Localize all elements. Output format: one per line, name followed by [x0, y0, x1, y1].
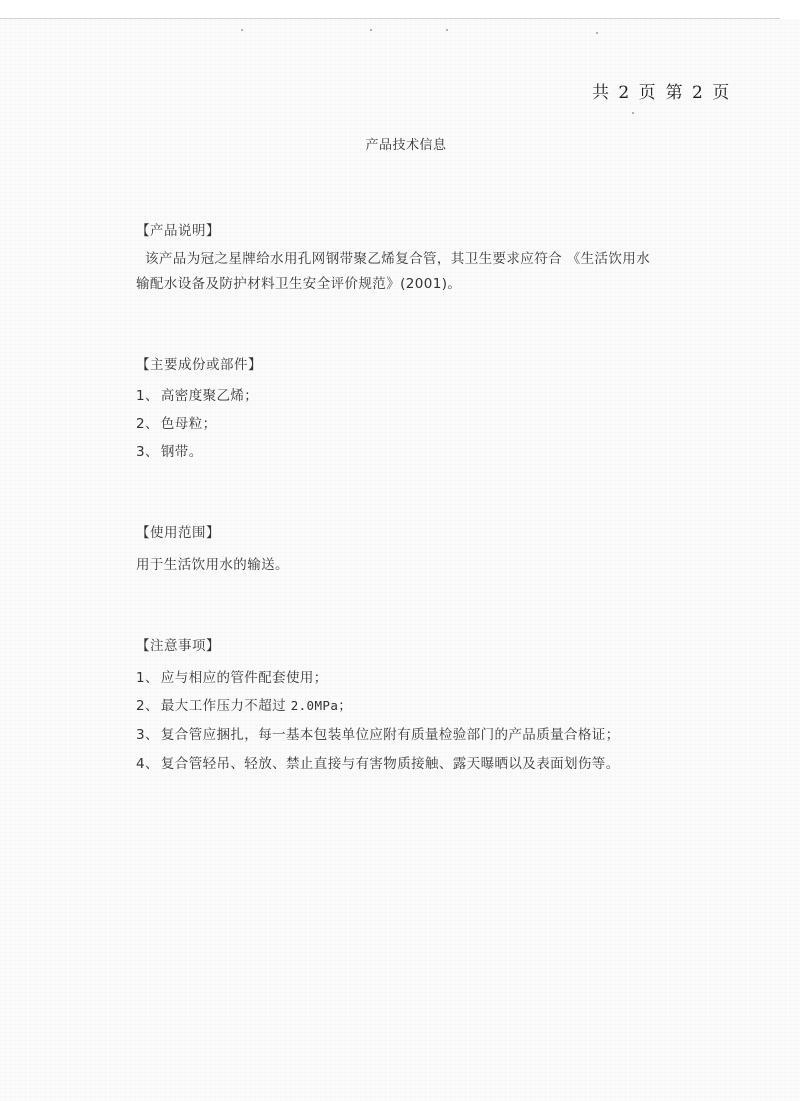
- item-text: 钢带。: [161, 444, 203, 460]
- scan-speck: [596, 32, 598, 34]
- page-current: 第 2 页: [666, 83, 732, 103]
- item-text: 高密度聚乙烯；: [161, 388, 258, 404]
- usage-text: 用于生活饮用水的输送。: [136, 553, 289, 573]
- note-item: 4、复合管轻吊、轻放、禁止直接与有害物质接触、露天曝晒以及表面划伤等。: [136, 752, 620, 772]
- component-item: 3、钢带。: [136, 440, 203, 460]
- item-text-suffix: ；: [338, 698, 352, 714]
- item-number: 1、: [136, 388, 159, 404]
- note-item: 2、最大工作压力不超过 2.0MPa；: [136, 694, 352, 714]
- item-number: 2、: [136, 416, 159, 432]
- item-number: 1、: [136, 670, 159, 686]
- component-item: 2、色母粒；: [136, 412, 217, 432]
- description-line-2: 输配水设备及防护材料卫生安全评价规范》(2001)。: [136, 272, 461, 292]
- document-title: 产品技术信息: [0, 134, 800, 153]
- item-text: 复合管应捆扎，每一基本包装单位应附有质量检验部门的产品质量合格证；: [161, 727, 620, 743]
- pressure-value: 2.0MPa: [291, 698, 339, 713]
- scan-speck: [632, 112, 634, 114]
- note-item: 3、复合管应捆扎，每一基本包装单位应附有质量检验部门的产品质量合格证；: [136, 723, 620, 743]
- section-heading-notes: 【注意事项】: [136, 634, 220, 654]
- item-text: 最大工作压力不超过: [161, 698, 291, 714]
- item-text: 应与相应的管件配套使用；: [161, 670, 328, 686]
- section-heading-description: 【产品说明】: [136, 219, 220, 239]
- scan-speck: [370, 29, 372, 31]
- item-number: 3、: [136, 727, 159, 743]
- page-counter: 共 2 页第 2 页: [592, 78, 739, 103]
- item-text: 复合管轻吊、轻放、禁止直接与有害物质接触、露天曝晒以及表面划伤等。: [161, 756, 620, 772]
- scan-top-margin: [0, 0, 800, 19]
- item-number: 3、: [136, 444, 159, 460]
- page-total: 共 2 页: [592, 83, 658, 103]
- item-number: 2、: [136, 698, 159, 714]
- description-line-1: 该产品为冠之星牌给水用孔网钢带聚乙烯复合管，其卫生要求应符合 《生活饮用水: [145, 247, 650, 267]
- item-text: 色母粒；: [161, 416, 217, 432]
- note-item: 1、应与相应的管件配套使用；: [136, 666, 328, 686]
- section-heading-usage: 【使用范围】: [136, 521, 220, 541]
- section-heading-components: 【主要成份或部件】: [136, 353, 262, 373]
- item-number: 4、: [136, 756, 159, 772]
- scan-speck: [241, 29, 243, 31]
- document-page: [0, 19, 800, 1101]
- scan-speck: [446, 29, 448, 31]
- component-item: 1、高密度聚乙烯；: [136, 384, 258, 404]
